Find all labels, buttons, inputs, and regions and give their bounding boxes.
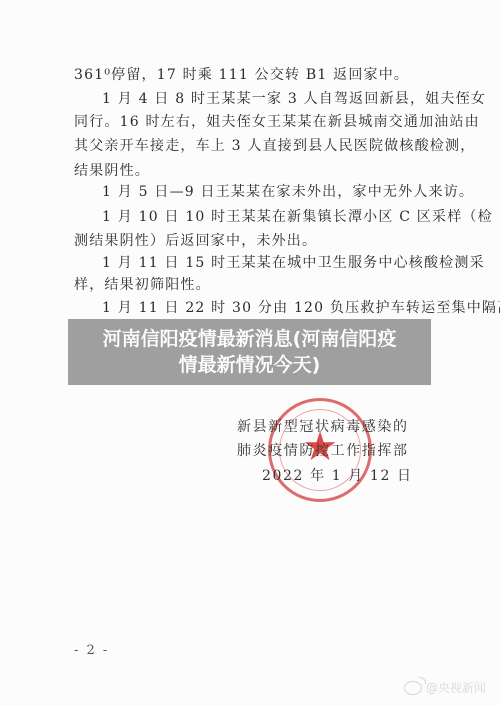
paragraph-line: 测结果阴性）后返回家中，未外出。 xyxy=(74,232,317,250)
paragraph-line: 1 月 10 日 10 时王某某在新集镇长潭小区 C 区采样（检 xyxy=(102,208,493,226)
paragraph-line: 361⁰停留，17 时乘 111 公交转 B1 返回家中。 xyxy=(74,66,409,84)
paragraph-line: 其父亲开车接走，车上 3 人直接到县人民医院做核酸检测， xyxy=(74,137,475,155)
paragraph-line: 1 月 11 日 15 时王某某在城中卫生服务中心核酸检测采 xyxy=(102,254,485,272)
title-overlay-banner: 河南信阳疫情最新消息(河南信阳疫 情最新情况今天) xyxy=(68,319,431,385)
paragraph-line: 1 月 11 日 22 时 30 分由 120 负压救护车转运至集中隔离 xyxy=(102,299,500,317)
watermark-text: @央视新闻 xyxy=(426,679,486,696)
signature-org-line1: 新县新型冠状病毒感染的 xyxy=(237,418,409,436)
signature-org-line2: 肺炎疫情防控工作指挥部 xyxy=(237,442,409,460)
signature-date: 2022 年 1 月 12 日 xyxy=(262,467,413,485)
paragraph-line: 样，结果初筛阳性。 xyxy=(74,276,211,294)
paragraph-line: 结果阴性。 xyxy=(74,162,150,180)
weibo-icon xyxy=(404,681,422,695)
watermark: @央视新闻 xyxy=(404,679,486,696)
headline-line2: 情最新情况今天) xyxy=(179,354,321,376)
page-number: - 2 - xyxy=(74,643,109,658)
headline-line1: 河南信阳疫情最新消息(河南信阳疫 xyxy=(103,326,397,352)
paragraph-line: 1 月 4 日 8 时王某某一家 3 人自驾返回新县，姐夫侄女 xyxy=(102,90,486,108)
headline: 河南信阳疫情最新消息(河南信阳疫 情最新情况今天) xyxy=(97,326,403,378)
paragraph-line: 1 月 5 日—9 日王某某在家未外出，家中无外人来访。 xyxy=(102,183,474,201)
paragraph-line: 同行。16 时左右，姐夫侄女王某某在新县城南交通加油站由 xyxy=(74,113,480,131)
